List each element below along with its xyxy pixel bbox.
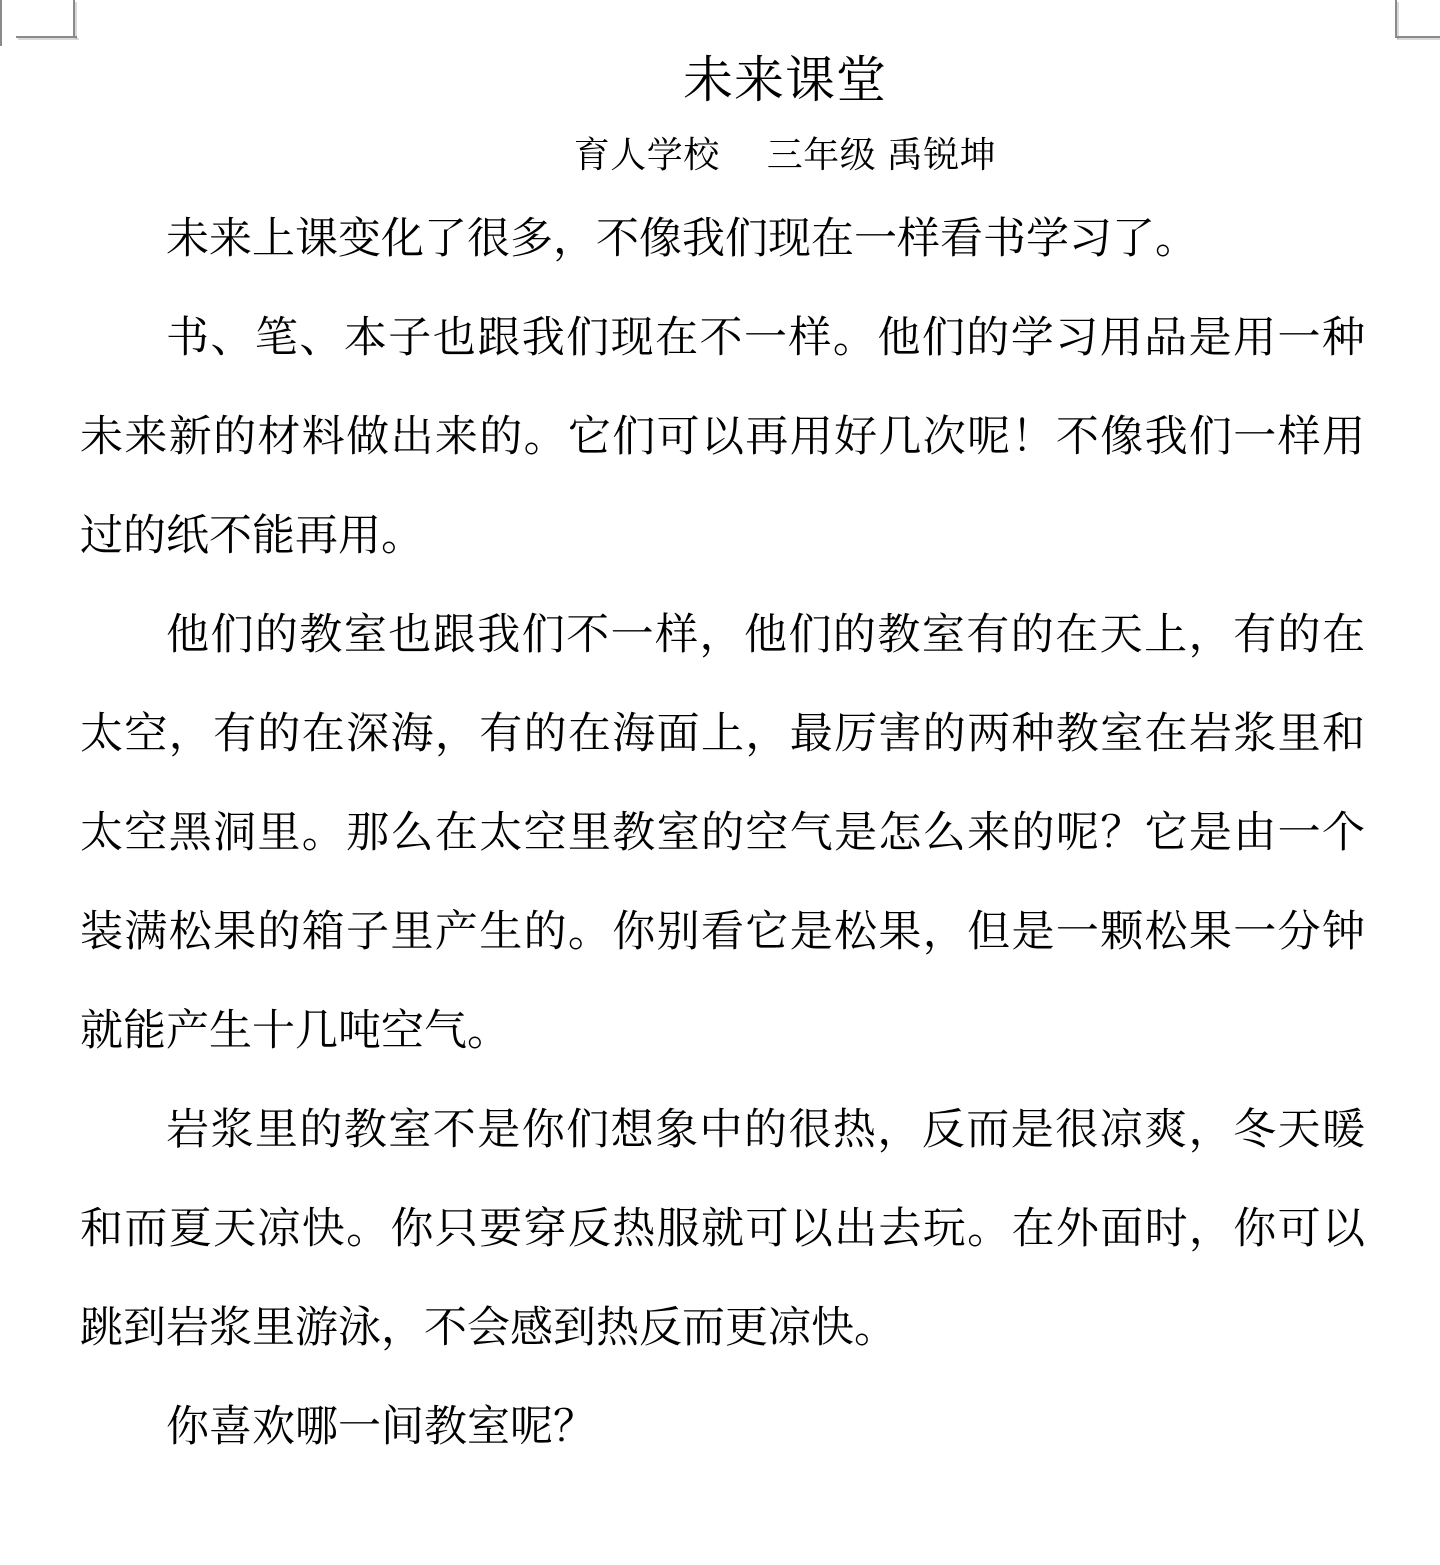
top-right-corner-mark-horizontal [1395,36,1440,38]
essay-paragraph: 岩浆里的教室不是你们想象中的很热，反而是很凉爽，冬天暖和而夏天凉快。你只要穿反热… [80,1081,1365,1378]
page-left-edge-mark [0,0,2,46]
essay-paragraph: 未来上课变化了很多，不像我们现在一样看书学习了。 [80,190,1365,289]
document-header: 未来课堂 育人学校 三年级 禹锐坤 [130,0,1440,173]
essay-paragraph: 他们的教室也跟我们不一样，他们的教室有的在天上，有的在太空，有的在深海，有的在海… [80,586,1365,1081]
essay-paragraph: 你喜欢哪一间教室呢？ [80,1378,1365,1477]
top-left-corner-mark-horizontal [16,36,77,38]
essay-paragraph: 书、笔、本子也跟我们现在不一样。他们的学习用品是用一种未来新的材料做出来的。它们… [80,289,1365,586]
top-right-corner-mark-vertical [1395,0,1397,37]
essay-title: 未来课堂 [130,0,1440,105]
top-left-corner-mark-vertical [73,0,75,37]
essay-body: 未来上课变化了很多，不像我们现在一样看书学习了。书、笔、本子也跟我们现在不一样。… [80,190,1365,1477]
essay-byline: 育人学校 三年级 禹锐坤 [130,137,1440,173]
document-page: 未来课堂 育人学校 三年级 禹锐坤 未来上课变化了很多，不像我们现在一样看书学习… [0,0,1440,1565]
